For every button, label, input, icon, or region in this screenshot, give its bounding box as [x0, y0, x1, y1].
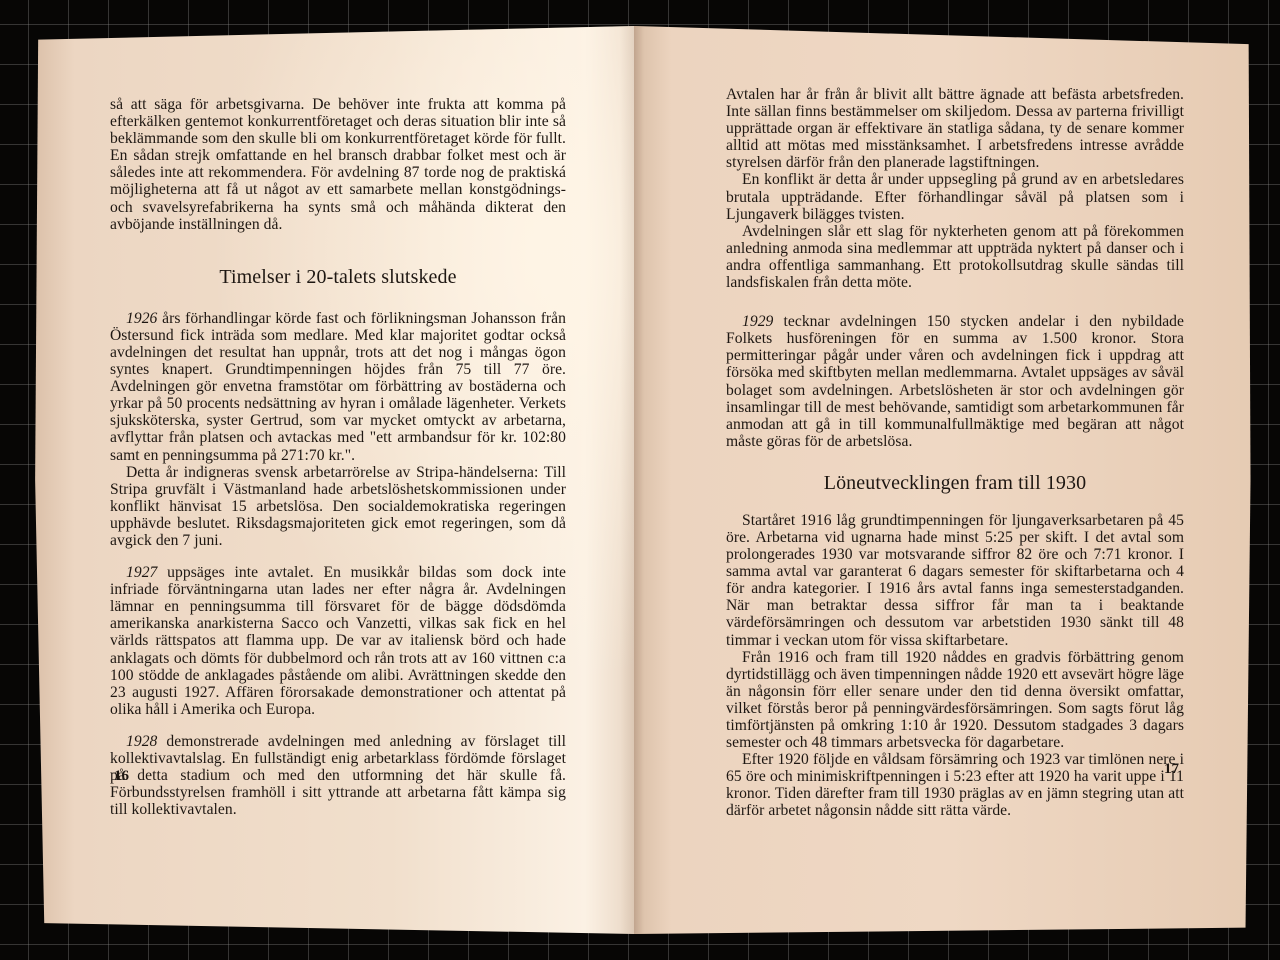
left-page-text: så att säga för arbetsgivarna. De behöve… — [110, 96, 566, 818]
paragraph: 1927 uppsäges inte avtalet. En musikkår … — [110, 564, 566, 718]
paragraph: 1929 tecknar avdelningen 150 stycken and… — [726, 313, 1184, 450]
right-page: Avtalen har år från år blivit allt bättr… — [634, 26, 1258, 934]
left-page: så att säga för arbetsgivarna. De behöve… — [26, 26, 634, 934]
paragraph-text: Avtalen har år från år blivit allt bättr… — [726, 86, 1184, 171]
year-label: 1929 — [742, 313, 773, 330]
page-number: 16 — [114, 768, 129, 785]
right-page-text: Avtalen har år från år blivit allt bättr… — [726, 86, 1184, 820]
paragraph: så att säga för arbetsgivarna. De behöve… — [110, 96, 566, 233]
paragraph-text: tecknar avdelningen 150 stycken andelar … — [726, 313, 1184, 450]
paragraph: Startåret 1916 låg grundtimpenningen för… — [726, 512, 1184, 649]
open-booklet: så att säga för arbetsgivarna. De behöve… — [26, 26, 1258, 934]
paragraph: Avdelningen slår ett slag för nykterhete… — [726, 223, 1184, 291]
paragraph: Detta år indigneras svensk arbetarrörels… — [110, 464, 566, 549]
year-label: 1926 — [126, 310, 157, 327]
paragraph: 1928 demonstrerade avdelningen med anled… — [110, 733, 566, 818]
page-number: 17 — [1164, 761, 1179, 778]
paragraph-text: så att säga för arbetsgivarna. De behöve… — [110, 96, 566, 233]
paragraph-text: Efter 1920 följde en våldsam försämring … — [726, 751, 1184, 819]
paragraph: Från 1916 och fram till 1920 nåddes en g… — [726, 649, 1184, 752]
paragraph: Avtalen har år från år blivit allt bättr… — [726, 86, 1184, 171]
paragraph-text: En konflikt är detta år under uppsegling… — [726, 171, 1184, 222]
paragraph-text: Från 1916 och fram till 1920 nåddes en g… — [726, 649, 1184, 751]
paragraph-text: Detta år indigneras svensk arbetarrörels… — [110, 464, 566, 549]
paragraph-text: uppsäges inte avtalet. En musikkår bilda… — [110, 564, 566, 718]
paragraph: En konflikt är detta år under uppsegling… — [726, 171, 1184, 222]
section-heading: Löneutvecklingen fram till 1930 — [726, 472, 1184, 494]
paragraph: Efter 1920 följde en våldsam försämring … — [726, 751, 1184, 819]
paragraph-text: demonstrerade avdelningen med anledning … — [110, 733, 566, 818]
paragraph: 1926 års förhandlingar körde fast och fö… — [110, 310, 566, 464]
paragraph-text: Avdelningen slår ett slag för nykterhete… — [726, 223, 1184, 291]
section-heading: Timelser i 20-talets slutskede — [110, 266, 566, 288]
paragraph-text: års förhandlingar körde fast och förlikn… — [110, 310, 566, 464]
paragraph-text: Startåret 1916 låg grundtimpenningen för… — [726, 512, 1184, 649]
year-label: 1928 — [126, 733, 157, 750]
year-label: 1927 — [126, 564, 157, 581]
